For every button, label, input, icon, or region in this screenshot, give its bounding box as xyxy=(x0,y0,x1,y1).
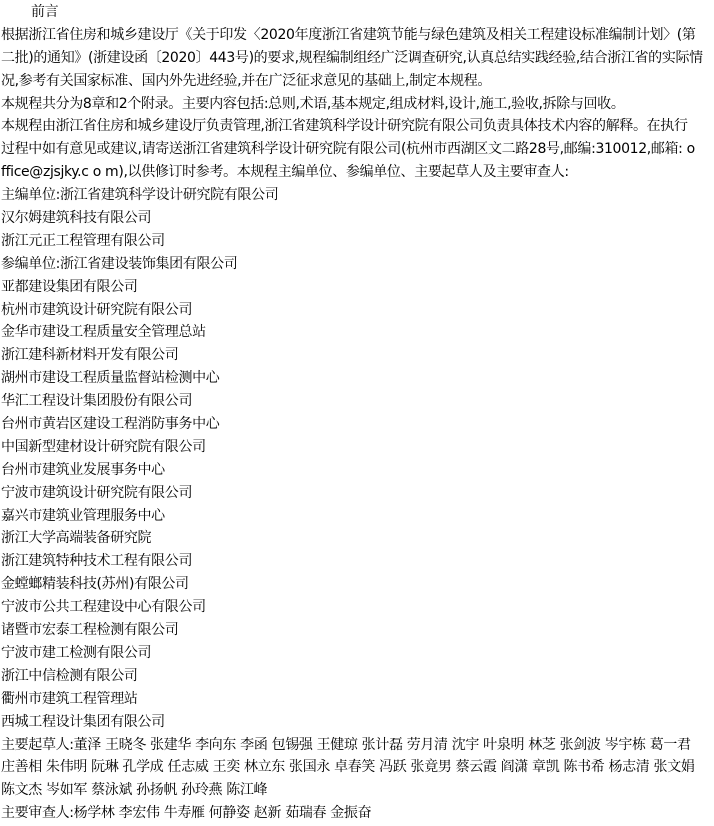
participating-unit: 台州市黄岩区建设工程消防事务中心 xyxy=(1,413,714,436)
paragraph-line: 过程中如有意见或建议,请寄送浙江省建筑科学设计研究院有限公司(杭州市西湖区文二路… xyxy=(1,138,714,161)
participating-unit: 宁波市建工检测有限公司 xyxy=(1,642,714,665)
document-title: 前言 xyxy=(1,1,714,24)
participating-unit: 宁波市建筑设计研究院有限公司 xyxy=(1,482,714,505)
paragraph-line: 本规程由浙江省住房和城乡建设厅负责管理,浙江省建筑科学设计研究院有限公司负责具体… xyxy=(1,115,714,138)
drafters-label: 主要起草人: xyxy=(1,737,74,753)
chief-units-section: 主编单位:浙江省建筑科学设计研究院有限公司 汉尔姆建筑科技有限公司 浙江元正工程… xyxy=(1,184,714,253)
paragraph-line: 二批)的通知》(浙建设函〔2020〕443号)的要求,规程编制组经广泛调查研究,… xyxy=(1,47,714,70)
participating-unit: 西城工程设计集团有限公司 xyxy=(1,711,714,734)
preface-paragraph-management: 本规程由浙江省住房和城乡建设厅负责管理,浙江省建筑科学设计研究院有限公司负责具体… xyxy=(1,115,714,184)
participating-unit: 浙江建筑特种技术工程有限公司 xyxy=(1,550,714,573)
reviewers-names: 杨学林 李宏伟 牛寿雁 何静姿 赵新 茹瑞春 金振奋 xyxy=(74,805,372,821)
participating-unit: 华汇工程设计集团股份有限公司 xyxy=(1,390,714,413)
participating-unit: 浙江中信检测有限公司 xyxy=(1,665,714,688)
participating-units-section: 参编单位:浙江省建设装饰集团有限公司 亚都建设集团有限公司 杭州市建筑设计研究院… xyxy=(1,253,714,734)
participating-unit: 金螳螂精装科技(苏州)有限公司 xyxy=(1,573,714,596)
reviewers-section: 主要审查人:杨学林 李宏伟 牛寿雁 何静姿 赵新 茹瑞春 金振奋 xyxy=(1,802,714,825)
participating-unit-line: 参编单位:浙江省建设装饰集团有限公司 xyxy=(1,253,714,276)
preface-paragraph-basis: 根据浙江省住房和城乡建设厅《关于印发〈2020年度浙江省建筑节能与绿色建筑及相关… xyxy=(1,24,714,93)
preface-paragraph-contents: 本规程共分为8章和2个附录。主要内容包括:总则,术语,基本规定,组成材料,设计,… xyxy=(1,93,714,116)
chief-unit: 浙江元正工程管理有限公司 xyxy=(1,230,714,253)
participating-unit: 浙江建科新材料开发有限公司 xyxy=(1,344,714,367)
participating-unit: 湖州市建设工程质量监督站检测中心 xyxy=(1,367,714,390)
drafters-section: 主要起草人:董泽 王晓冬 张建华 李向东 李函 包锡强 王健琼 张计磊 劳月清 … xyxy=(1,734,714,803)
paragraph-line: ffice@zjsjky.c o m),以供修订时参考。本规程主编单位、参编单位… xyxy=(1,161,714,184)
chief-unit: 汉尔姆建筑科技有限公司 xyxy=(1,207,714,230)
reviewers-label: 主要审查人: xyxy=(1,805,74,821)
participating-unit: 宁波市公共工程建设中心有限公司 xyxy=(1,596,714,619)
participating-unit: 中国新型建材设计研究院有限公司 xyxy=(1,436,714,459)
participating-unit: 浙江省建设装饰集团有限公司 xyxy=(60,256,237,272)
participating-unit: 亚都建设集团有限公司 xyxy=(1,276,714,299)
drafters-names: 庄善相 朱伟明 阮琳 孔学成 任志威 王奕 林立东 张国永 卓春笑 冯跃 张竟男… xyxy=(1,756,714,779)
participating-unit: 浙江大学高端装备研究院 xyxy=(1,527,714,550)
participating-unit: 台州市建筑业发展事务中心 xyxy=(1,459,714,482)
participating-unit: 诸暨市宏泰工程检测有限公司 xyxy=(1,619,714,642)
paragraph-line: 况,参考有关国家标准、国内外先进经验,并在广泛征求意见的基础上,制定本规程。 xyxy=(1,70,714,93)
paragraph-line: 根据浙江省住房和城乡建设厅《关于印发〈2020年度浙江省建筑节能与绿色建筑及相关… xyxy=(1,24,714,47)
participating-unit: 嘉兴市建筑业管理服务中心 xyxy=(1,505,714,528)
participating-unit: 杭州市建筑设计研究院有限公司 xyxy=(1,299,714,322)
participating-unit: 金华市建设工程质量安全管理总站 xyxy=(1,321,714,344)
reviewers-line: 主要审查人:杨学林 李宏伟 牛寿雁 何静姿 赵新 茹瑞春 金振奋 xyxy=(1,802,714,825)
paragraph-line: 本规程共分为8章和2个附录。主要内容包括:总则,术语,基本规定,组成材料,设计,… xyxy=(1,93,714,116)
drafters-names: 陈文杰 岑如军 蔡泳斌 孙扬帆 孙玲燕 陈江峰 xyxy=(1,779,714,802)
participating-units-label: 参编单位: xyxy=(1,256,60,272)
drafters-line: 主要起草人:董泽 王晓冬 张建华 李向东 李函 包锡强 王健琼 张计磊 劳月清 … xyxy=(1,734,714,757)
document: 前言 根据浙江省住房和城乡建设厅《关于印发〈2020年度浙江省建筑节能与绿色建筑… xyxy=(0,0,714,825)
participating-unit: 衢州市建筑工程管理站 xyxy=(1,688,714,711)
chief-unit: 浙江省建筑科学设计研究院有限公司 xyxy=(60,187,278,203)
chief-units-label: 主编单位: xyxy=(1,187,60,203)
drafters-names: 董泽 王晓冬 张建华 李向东 李函 包锡强 王健琼 张计磊 劳月清 沈宇 叶泉明… xyxy=(74,737,691,753)
chief-unit-line: 主编单位:浙江省建筑科学设计研究院有限公司 xyxy=(1,184,714,207)
